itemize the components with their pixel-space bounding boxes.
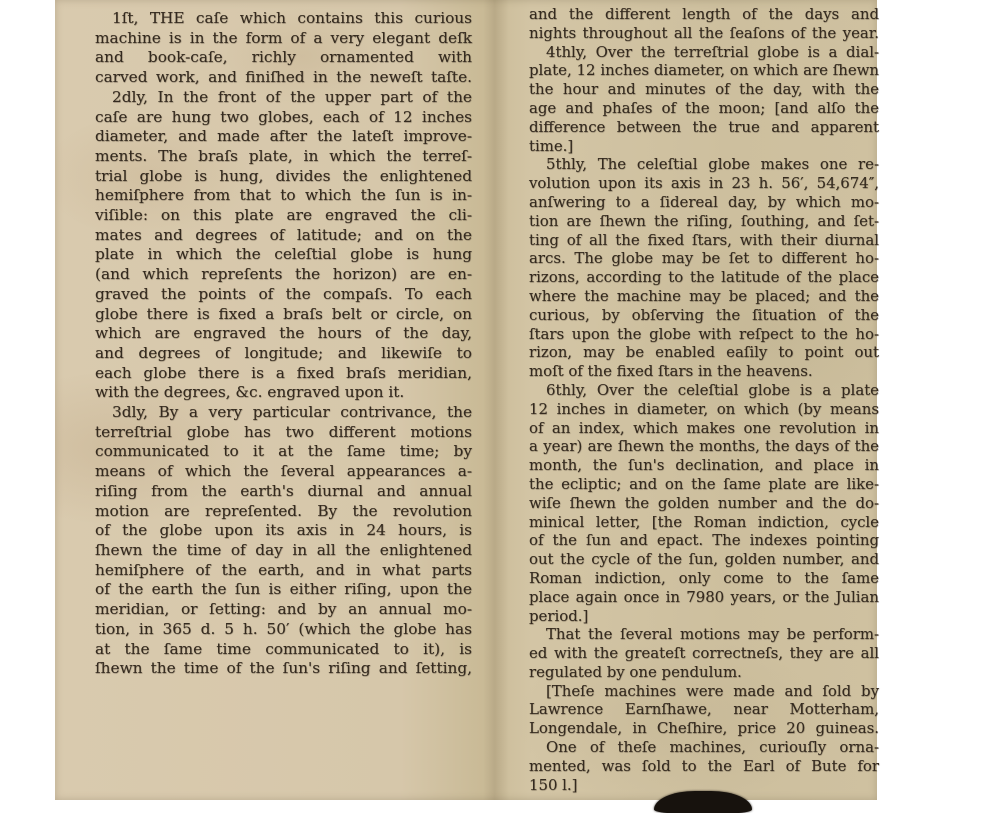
text-line: nights throughout all the ſeaſons of the… bbox=[529, 24, 879, 43]
text-line: [Theſe machines were made and ſold by bbox=[529, 682, 879, 701]
text-line: of the earth the ſun is either riſing, u… bbox=[95, 580, 472, 600]
text-line: viſible: on this plate are engraved the … bbox=[95, 206, 472, 226]
text-line: plate in which the celeſtial globe is hu… bbox=[95, 245, 472, 265]
text-line: graved the points of the compaſs. To eac… bbox=[95, 285, 472, 305]
text-column-left: 1ſt, THE caſe which contains this curiou… bbox=[95, 9, 472, 679]
text-line: diameter, and made after the lateſt impr… bbox=[95, 127, 472, 147]
text-line: of the globe upon its axis in 24 hours, … bbox=[95, 521, 472, 541]
text-line: rizon, may be enabled eaſily to point ou… bbox=[529, 343, 879, 362]
text-line: ments. The braſs plate, in which the ter… bbox=[95, 147, 472, 167]
text-line: motion are repreſented. By the revolutio… bbox=[95, 502, 472, 522]
text-line: with the degrees, &c. engraved upon it. bbox=[95, 383, 472, 403]
text-line: hemiſphere from that to which the ſun is… bbox=[95, 186, 472, 206]
text-column-right: and the different length of the days and… bbox=[529, 5, 879, 794]
text-line: Lawrence Earnſhawe, near Motterham, bbox=[529, 700, 879, 719]
text-line: a year) are ſhewn the months, the days o… bbox=[529, 437, 879, 456]
text-line: ed with the greateſt correctneſs, they a… bbox=[529, 644, 879, 663]
text-line: ſhewn the time of day in all the enlight… bbox=[95, 541, 472, 561]
text-line: anſwering to a ſidereal day, by which mo… bbox=[529, 193, 879, 212]
text-line: 5thly, The celeſtial globe makes one re- bbox=[529, 155, 879, 174]
text-line: trial globe is hung, divides the enlight… bbox=[95, 167, 472, 187]
text-line: each globe there is a fixed braſs meridi… bbox=[95, 364, 472, 384]
text-line: minical letter, [the Roman indiction, cy… bbox=[529, 513, 879, 532]
text-line: communicated to it at the ſame time; by bbox=[95, 442, 472, 462]
text-line: 4thly, Over the terreſtrial globe is a d… bbox=[529, 43, 879, 62]
text-line: meridian, or ſetting: and by an annual m… bbox=[95, 600, 472, 620]
text-line: age and phaſes of the moon; [and alſo th… bbox=[529, 99, 879, 118]
text-line: time.] bbox=[529, 137, 879, 156]
text-line: mates and degrees of latitude; and on th… bbox=[95, 226, 472, 246]
text-line: Longendale, in Cheſhire, price 20 guinea… bbox=[529, 719, 879, 738]
text-line: caſe are hung two globes, each of 12 inc… bbox=[95, 108, 472, 128]
text-line: riſing from the earth's diurnal and annu… bbox=[95, 482, 472, 502]
text-line: carved work, and finiſhed in the neweſt … bbox=[95, 68, 472, 88]
text-line: at the ſame time communicated to it), is bbox=[95, 640, 472, 660]
text-line: One of theſe machines, curiouſly orna- bbox=[529, 738, 879, 757]
text-line: 6thly, Over the celeſtial globe is a pla… bbox=[529, 381, 879, 400]
text-line: mented, was ſold to the Earl of Bute for bbox=[529, 757, 879, 776]
page-gutter-shadow bbox=[483, 0, 509, 800]
text-line: rizons, according to the latitude of the… bbox=[529, 268, 879, 287]
text-line: curious, by obſerving the ſituation of t… bbox=[529, 306, 879, 325]
text-line: plate, 12 inches diameter, on which are … bbox=[529, 61, 879, 80]
text-line: where the machine may be placed; and the bbox=[529, 287, 879, 306]
text-line: difference between the true and apparent bbox=[529, 118, 879, 137]
text-line: arcs. The globe may be ſet to different … bbox=[529, 249, 879, 268]
text-line: wiſe ſhewn the golden number and the do- bbox=[529, 494, 879, 513]
text-line: hemiſphere of the earth, and in what par… bbox=[95, 561, 472, 581]
text-line: the hour and minutes of the day, with th… bbox=[529, 80, 879, 99]
text-line: month, the ſun's declination, and place … bbox=[529, 456, 879, 475]
text-line: 12 inches in diameter, on which (by mean… bbox=[529, 400, 879, 419]
text-line: of the ſun and epact. The indexes pointi… bbox=[529, 531, 879, 550]
document-page: 1ſt, THE caſe which contains this curiou… bbox=[55, 0, 877, 800]
text-line: (and which repreſents the horizon) are e… bbox=[95, 265, 472, 285]
text-line: ting of all the fixed ſtars, with their … bbox=[529, 231, 879, 250]
text-line: 2dly, In the front of the upper part of … bbox=[95, 88, 472, 108]
text-line: 1ſt, THE caſe which contains this curiou… bbox=[95, 9, 472, 29]
text-line: which are engraved the hours of the day, bbox=[95, 324, 472, 344]
text-line: place again once in 7980 years, or the J… bbox=[529, 588, 879, 607]
text-line: period.] bbox=[529, 607, 879, 626]
text-line: the ecliptic; and on the ſame plate are … bbox=[529, 475, 879, 494]
text-line: and degrees of longitude; and likewiſe t… bbox=[95, 344, 472, 364]
text-line: globe there is fixed a braſs belt or cir… bbox=[95, 305, 472, 325]
text-line: moſt of the fixed ſtars in the heavens. bbox=[529, 362, 879, 381]
text-line: ſhewn the time of the ſun's riſing and ſ… bbox=[95, 659, 472, 679]
text-line: tion are ſhewn the riſing, ſouthing, and… bbox=[529, 212, 879, 231]
text-line: terreſtrial globe has two different moti… bbox=[95, 423, 472, 443]
text-line: ſtars upon the globe with reſpect to the… bbox=[529, 325, 879, 344]
text-line: out the cycle of the ſun, golden number,… bbox=[529, 550, 879, 569]
text-line: and the different length of the days and bbox=[529, 5, 879, 24]
text-line: of an index, which makes one revolution … bbox=[529, 419, 879, 438]
text-line: regulated by one pendulum. bbox=[529, 663, 879, 682]
text-line: machine is in the form of a very elegant… bbox=[95, 29, 472, 49]
text-line: 3dly, By a very particular contrivance, … bbox=[95, 403, 472, 423]
text-line: means of which the ſeveral appearances a… bbox=[95, 462, 472, 482]
text-line: and book-caſe, richly ornamented with bbox=[95, 48, 472, 68]
text-line: That the ſeveral motions may be perform- bbox=[529, 625, 879, 644]
text-line: tion, in 365 d. 5 h. 50′ (which the glob… bbox=[95, 620, 472, 640]
text-line: Roman indiction, only come to the ſame bbox=[529, 569, 879, 588]
text-line: volution upon its axis in 23 h. 56′, 54,… bbox=[529, 174, 879, 193]
